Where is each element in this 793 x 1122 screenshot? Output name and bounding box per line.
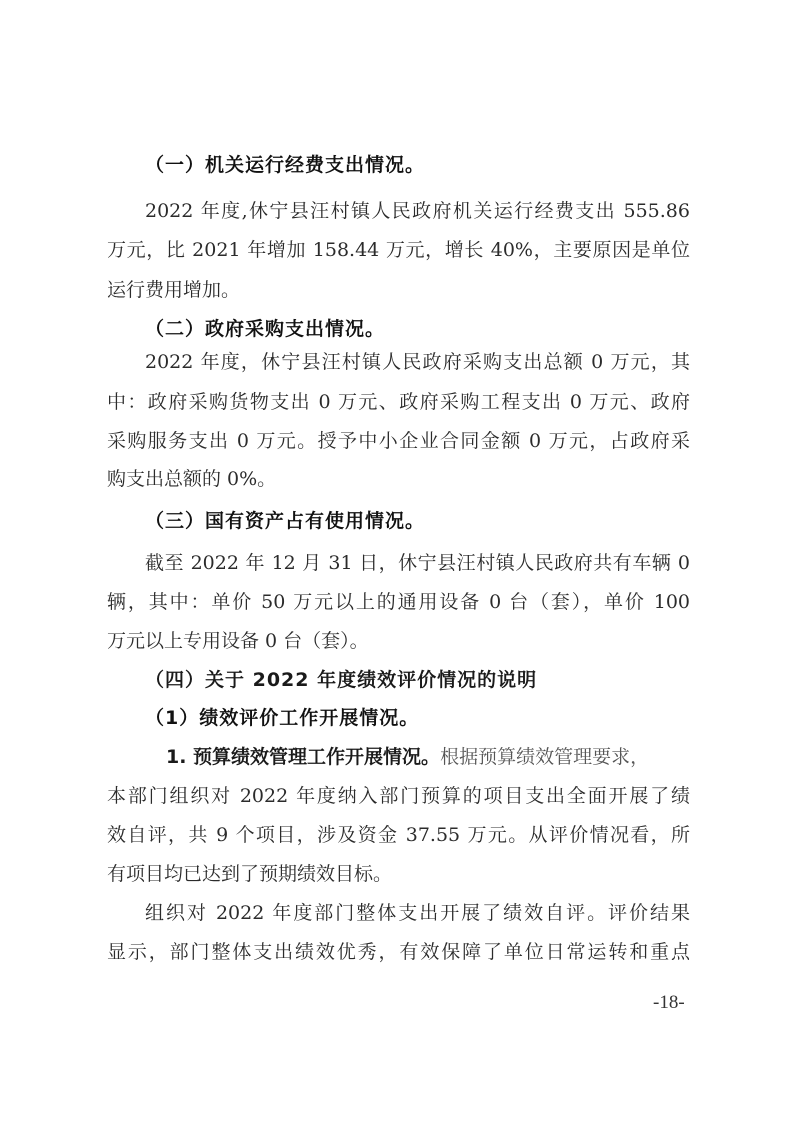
paragraph-line: 组织对 2022 年度部门整体支出开展了绩效自评。评价结果	[145, 898, 690, 928]
section-heading-1: （一）机关运行经费支出情况。	[145, 150, 425, 180]
paragraph-line: 辆，其中：单价 50 万元以上的通用设备 0 台（套），单价 100	[107, 587, 690, 617]
paragraph-line: 效自评，共 9 个项目，涉及资金 37.55 万元。从评价情况看，所	[107, 820, 690, 850]
paragraph-line: 中：政府采购货物支出 0 万元、政府采购工程支出 0 万元、政府	[107, 387, 690, 417]
paragraph-line: 本部门组织对 2022 年度纳入部门预算的项目支出全面开展了绩	[107, 781, 690, 811]
item-1-first-line: 1. 预算绩效管理工作开展情况。根据预算绩效管理要求，	[166, 742, 690, 772]
section-heading-4: （四）关于 2022 年度绩效评价情况的说明	[145, 665, 537, 695]
paragraph-line: 显示，部门整体支出绩效优秀，有效保障了单位日常运转和重点	[107, 937, 690, 967]
item-1-lead: 1. 预算绩效管理工作开展情况。	[166, 746, 440, 768]
paragraph-line: 采购服务支出 0 万元。授予中小企业合同金额 0 万元，占政府采	[107, 426, 690, 456]
paragraph-line: 运行费用增加。	[107, 275, 690, 305]
paragraph-line: 万元，比 2021 年增加 158.44 万元，增长 40%，主要原因是单位	[107, 235, 690, 265]
page-number: -18-	[653, 990, 685, 1016]
document-page: （一）机关运行经费支出情况。 2022 年度,休宁县汪村镇人民政府机关运行经费支…	[0, 0, 793, 1122]
paragraph-line: 截至 2022 年 12 月 31 日，休宁县汪村镇人民政府共有车辆 0	[145, 548, 690, 578]
section-heading-3: （三）国有资产占有使用情况。	[145, 506, 425, 536]
paragraph-line: 有项目均已达到了预期绩效目标。	[107, 859, 690, 889]
paragraph-line: 万元以上专用设备 0 台（套）。	[107, 626, 690, 656]
paragraph-line: 2022 年度，休宁县汪村镇人民政府采购支出总额 0 万元，其	[145, 347, 690, 377]
subsection-heading-1: （1）绩效评价工作开展情况。	[145, 703, 419, 733]
paragraph-line: 2022 年度,休宁县汪村镇人民政府机关运行经费支出 555.86	[145, 196, 690, 226]
item-1-lead-rest: 根据预算绩效管理要求，	[440, 746, 649, 768]
paragraph-line: 购支出总额的 0%。	[107, 464, 690, 494]
section-heading-2: （二）政府采购支出情况。	[145, 314, 385, 344]
